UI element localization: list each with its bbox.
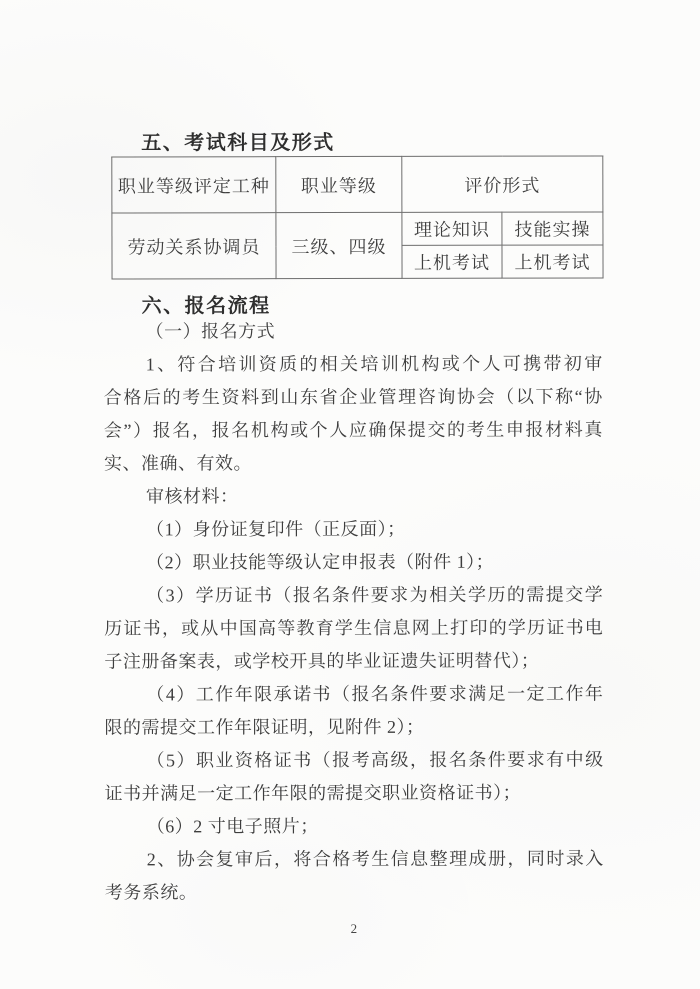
body-line: 历证书，或从中国高等教育学生信息网上打印的学历证书电 (104, 611, 603, 645)
cell-levels: 三级、四级 (276, 212, 402, 278)
body-line: （4）工作年限承诺书（报名条件要求满足一定工作年 (104, 677, 603, 711)
cell-theory-knowledge: 理论知识 (402, 212, 502, 245)
header-occupation-type: 职业等级评定工种 (112, 157, 276, 213)
body-line: （3）学历证书（报名条件要求为相关学历的需提交学 (104, 578, 603, 612)
section-heading-exam-subjects: 五、考试科目及形式 (141, 126, 335, 155)
body-line: 限的需提交工作年限证明，见附件 2）； (104, 710, 603, 744)
body-line: 考务系统。 (105, 875, 604, 909)
body-line: 会”）报名，报名机构或个人应确保提交的考生申报材料真 (104, 413, 603, 447)
body-line: 1、符合培训资质的相关培训机构或个人可携带初审 (104, 347, 603, 381)
header-evaluation-form: 评价形式 (402, 156, 603, 212)
cell-skill-mode: 上机考试 (502, 245, 603, 278)
body-line: （6）2 寸电子照片； (105, 809, 604, 843)
cell-occupation: 劳动关系协调员 (112, 213, 276, 279)
body-line: 审核材料： (104, 479, 603, 513)
header-occupation-level: 职业等级 (276, 156, 402, 212)
cell-skill-practice: 技能实操 (502, 212, 603, 245)
table-header-row: 职业等级评定工种 职业等级 评价形式 (112, 156, 603, 213)
body-line: （一）报名方式 (104, 314, 603, 348)
table-row: 劳动关系协调员 三级、四级 理论知识 技能实操 (112, 212, 603, 246)
body-line: 子注册备案表，或学校开具的毕业证遗失证明替代）； (104, 644, 603, 678)
body-line: 2、协会复审后，将合格考生信息整理成册，同时录入 (105, 842, 604, 876)
scanned-document-page: 五、考试科目及形式 职业等级评定工种 职业等级 评价形式 劳动关系协调员 三级、… (0, 0, 700, 989)
page-number: 2 (105, 920, 604, 937)
body-text-block: （一）报名方式 1、符合培训资质的相关培训机构或个人可携带初审 合格后的考生资料… (104, 314, 604, 909)
body-line: 合格后的考生资料到山东省企业管理咨询协会（以下称“协 (104, 380, 603, 414)
exam-subjects-table: 职业等级评定工种 职业等级 评价形式 劳动关系协调员 三级、四级 理论知识 技能… (111, 155, 603, 279)
body-line: （2）职业技能等级认定申报表（附件 1）； (104, 545, 603, 579)
body-line: （5）职业资格证书（报考高级，报名条件要求有中级 (105, 743, 604, 777)
cell-theory-mode: 上机考试 (402, 245, 502, 278)
body-line: 实、准确、有效。 (104, 446, 603, 480)
section-heading-signup-process: 六、报名流程 (142, 289, 271, 318)
document-sheet: 五、考试科目及形式 职业等级评定工种 职业等级 评价形式 劳动关系协调员 三级、… (0, 0, 700, 989)
body-line: 证书并满足一定工作年限的需提交职业资格证书）； (105, 776, 604, 810)
body-line: （1）身份证复印件（正反面）； (104, 512, 603, 546)
